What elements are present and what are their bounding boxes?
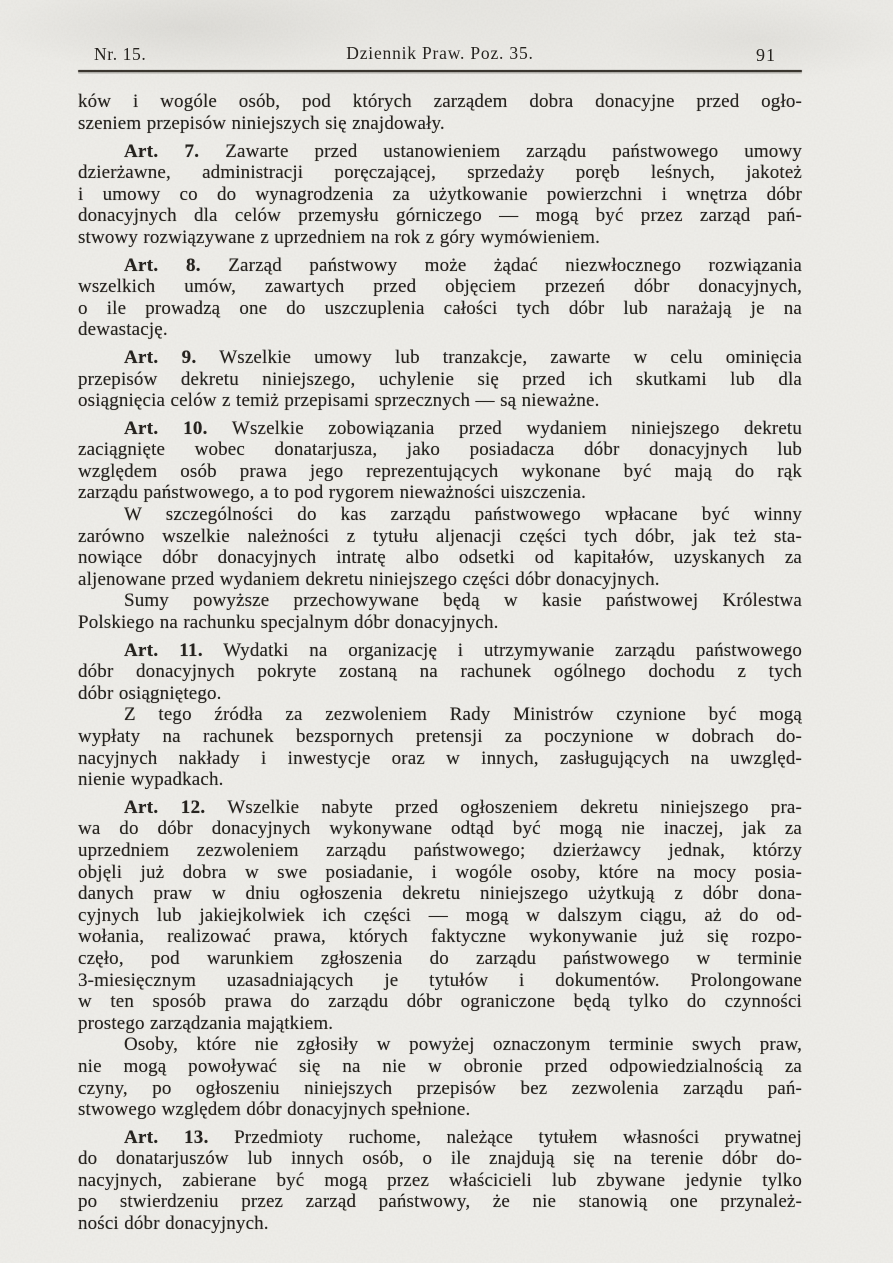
article-paragraph: Art. 12. Wszelkie nabyte przed ogłoszeni… (78, 797, 802, 1035)
paragraph: ków i wogóle osób, pod których zarządem … (78, 91, 802, 134)
text-line: do donatarjuszów lub innych osób, o ile … (78, 1148, 802, 1170)
text-line: dóbr donacyjnych pokryte zostaną na rach… (78, 661, 802, 683)
document-body: ków i wogóle osób, pod których zarządem … (78, 91, 802, 1234)
text-line: dóbr osiągniętego. (78, 683, 802, 705)
text-line: zaciągnięte wobec donatarjusza, jako pos… (78, 439, 802, 461)
text-line: po stwierdzeniu przez zarząd państwowy, … (78, 1191, 802, 1213)
text-line: osiągnięcia celów z temiż przepisami spr… (78, 390, 802, 412)
text-line: objęli już dobra w swe posiadanie, i wog… (78, 862, 802, 884)
paragraph: Z tego źródła za zezwoleniem Rady Minist… (78, 704, 802, 790)
text-line: cyjnych lub jakiejkolwiek ich części — m… (78, 905, 802, 927)
text-line: czyny, po ogłoszeniu niniejszych przepis… (78, 1078, 802, 1100)
text-line: ków i wogóle osób, pod których zarządem … (78, 91, 802, 113)
text-line: nienie wypadkach. (78, 769, 802, 791)
article-number: Art. 7. (124, 141, 199, 162)
text-line: nacyjnych, zabierane być mogą przez właś… (78, 1170, 802, 1192)
text-line: Art. 11. Wydatki na organizację i utrzym… (78, 640, 802, 662)
text-line: nacyjnych nakłady i inwestycje oraz w in… (78, 748, 802, 770)
text-line: Art. 8. Zarząd państwowy może żądać niez… (78, 255, 802, 277)
article-number: Art. 11. (124, 640, 203, 661)
article-paragraph: Art. 7. Zawarte przed ustanowieniem zarz… (78, 141, 802, 249)
journal-title: Dziennik Praw. Poz. 35. (78, 43, 802, 64)
text-line: wa do dóbr donacyjnych wykonywane odtąd … (78, 818, 802, 840)
text-line: uprzedniem zezwoleniem zarządu państwowe… (78, 840, 802, 862)
text-line: Art. 13. Przedmioty ruchome, należące ty… (78, 1127, 802, 1149)
text-line: Polskiego na rachunku specjalnym dóbr do… (78, 612, 802, 634)
text-line: prostego zarządzania majątkiem. (78, 1013, 802, 1035)
article-number: Art. 9. (124, 347, 197, 368)
text-line: nie mogą powoływać się na nie w obronie … (78, 1056, 802, 1078)
scanned-page: Nr. 15. Dziennik Praw. Poz. 35. 91 ków i… (0, 0, 893, 1263)
text-line: wypłaty na rachunek bezspornych pretensj… (78, 726, 802, 748)
article-paragraph: Art. 10. Wszelkie zobowiązania przed wyd… (78, 418, 802, 504)
article-number: Art. 13. (124, 1127, 209, 1148)
text-line: o ile prowadzą one do uszczuplenia całoś… (78, 298, 802, 320)
article-paragraph: Art. 13. Przedmioty ruchome, należące ty… (78, 1127, 802, 1235)
paragraph: W szczególności do kas zarządu państwowe… (78, 504, 802, 590)
text-line: Art. 7. Zawarte przed ustanowieniem zarz… (78, 141, 802, 163)
text-line: zarówno wszelkie należności z tytułu alj… (78, 526, 802, 548)
text-line: względem osób prawa jego reprezentującyc… (78, 461, 802, 483)
text-line: 3-miesięcznym uzasadniających je tytułów… (78, 970, 802, 992)
article-paragraph: Art. 9. Wszelkie umowy lub tranzakcje, z… (78, 347, 802, 412)
text-line: zarządu państwowego, a to pod rygorem ni… (78, 482, 802, 504)
text-line: i umowy co do wynagrodzenia za użytkowan… (78, 184, 802, 206)
article-paragraph: Art. 8. Zarząd państwowy może żądać niez… (78, 255, 802, 341)
text-line: Z tego źródła za zezwoleniem Rady Minist… (78, 704, 802, 726)
page-header: Nr. 15. Dziennik Praw. Poz. 35. 91 (78, 42, 802, 66)
text-line: wszelkich umów, zawartych przed objęciem… (78, 276, 802, 298)
text-line: danych praw w dniu ogłoszenia dekretu ni… (78, 883, 802, 905)
page-number: 91 (756, 45, 776, 66)
paragraph: Osoby, które nie zgłosiły w powyżej ozna… (78, 1034, 802, 1120)
text-line: aljenowane przed wydaniem dekretu niniej… (78, 569, 802, 591)
text-line: częło, pod warunkiem zgłoszenia do zarzą… (78, 948, 802, 970)
text-line: szeniem przepisów niniejszych się znajdo… (78, 113, 802, 135)
article-paragraph: Art. 11. Wydatki na organizację i utrzym… (78, 640, 802, 705)
article-number: Art. 8. (124, 255, 201, 276)
text-line: Osoby, które nie zgłosiły w powyżej ozna… (78, 1034, 802, 1056)
text-line: nowiące dóbr donacyjnych intratę albo od… (78, 547, 802, 569)
text-line: Art. 12. Wszelkie nabyte przed ogłoszeni… (78, 797, 802, 819)
paragraph: Sumy powyższe przechowywane będą w kasie… (78, 590, 802, 633)
text-line: dzierżawne, administracji poręczającej, … (78, 162, 802, 184)
article-number: Art. 10. (124, 418, 208, 439)
text-line: W szczególności do kas zarządu państwowe… (78, 504, 802, 526)
text-line: w ten sposób prawa do zarządu dóbr ogran… (78, 991, 802, 1013)
text-line: dewastację. (78, 319, 802, 341)
text-line: przepisów dekretu niniejszego, uchylenie… (78, 369, 802, 391)
text-line: ności dóbr donacyjnych. (78, 1213, 802, 1235)
text-line: Art. 9. Wszelkie umowy lub tranzakcje, z… (78, 347, 802, 369)
article-number: Art. 12. (124, 797, 205, 818)
text-line: stwowego względem dóbr donacyjnych spełn… (78, 1099, 802, 1121)
text-line: Art. 10. Wszelkie zobowiązania przed wyd… (78, 418, 802, 440)
header-rule (78, 70, 802, 72)
text-line: wołania, realizować prawa, których fakty… (78, 926, 802, 948)
text-line: donacyjnych dla celów przemysłu górnicze… (78, 205, 802, 227)
page-content: Nr. 15. Dziennik Praw. Poz. 35. 91 ków i… (78, 42, 802, 1235)
text-line: stwowy rozwiązywane z uprzedniem na rok … (78, 227, 802, 249)
text-line: Sumy powyższe przechowywane będą w kasie… (78, 590, 802, 612)
